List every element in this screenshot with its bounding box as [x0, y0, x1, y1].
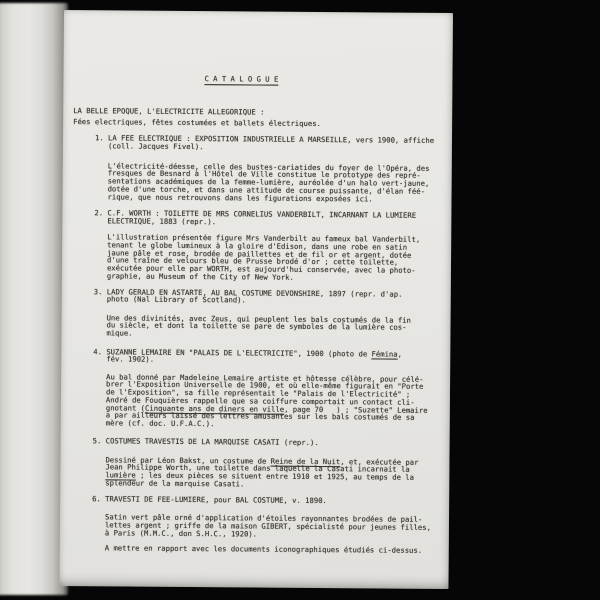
text-line: C A T A L O G U E	[204, 74, 278, 84]
adjacent-page-edge	[0, 3, 68, 595]
text-segment: ,	[398, 349, 402, 358]
text-segment: LA BELLE EPOQUE, L'ELECTRICITE ALLEGORIQ…	[73, 106, 264, 117]
item-3-paragraph: Une des divinités, avec Zeus, qui peuple…	[106, 314, 410, 340]
underlined-text: C A T A L O G U E	[204, 74, 278, 84]
catalogue-title: C A T A L O G U E	[204, 74, 278, 84]
text-segment: fév. 1902).	[93, 355, 154, 364]
text-segment: splendeur de la marquise Casati.	[105, 478, 244, 488]
text-segment: ELECTRIQUE, 1883 (repr.).	[94, 216, 216, 226]
item-1-paragraph: L'électricité-déesse, celle des bustes-c…	[108, 162, 430, 204]
item-2-paragraph: L'illustration présentée figure Mrs Vand…	[107, 233, 420, 282]
text-line: 6. TRAVESTI DE FEE-LUMIERE, pour BAL COS…	[92, 495, 327, 505]
text-segment: photo (Nal Library of Scotland).	[94, 295, 246, 305]
text-segment: 6. TRAVESTI DE FEE-LUMIERE, pour BAL COS…	[92, 494, 327, 505]
item-6-paragraph: Satin vert pâle orné d'application d'éto…	[105, 513, 431, 541]
item-2-heading: 2. C.F. WORTH : TOILETTE DE MRS CORNELIU…	[94, 209, 416, 227]
text-segment: A mettre en rapport avec les documents i…	[105, 543, 422, 554]
item-5-paragraph: Dessiné par Léon Bakst, un costume de Re…	[105, 456, 418, 490]
underlined-text: Fémina	[372, 349, 398, 358]
photograph-of-catalogue-page: C A T A L O G U ELA BELLE EPOQUE, L'ELEC…	[0, 0, 600, 600]
item-5-heading: 5. COSTUMES TRAVESTIS DE LA MARQUISE CAS…	[93, 437, 319, 447]
catalogue-page: C A T A L O G U ELA BELLE EPOQUE, L'ELEC…	[59, 10, 453, 589]
photo-background: { "colors": { "background": "#060606", "…	[0, 0, 600, 600]
text-segment: mère (cf. doc. U.F.A.C.).	[106, 419, 215, 429]
text-segment: Fées electriques, fêtes costumées et bal…	[73, 117, 321, 128]
section-heading: LA BELLE EPOQUE, L'ELECTRICITE ALLEGORIQ…	[73, 106, 321, 130]
text-segment: rique, que nous retrouvons dans les figu…	[108, 192, 373, 203]
item-6-heading: 6. TRAVESTI DE FEE-LUMIERE, pour BAL COS…	[92, 495, 327, 505]
text-line: 5. COSTUMES TRAVESTIS DE LA MARQUISE CAS…	[93, 437, 319, 447]
text-segment: à Paris (M.M.C., don S.H.C., 1920).	[105, 529, 257, 539]
text-segment: graphie, au Museum of the City of New Yo…	[107, 271, 294, 281]
item-4-heading: 4. SUZANNE LEMAIRE EN "PALAIS DE L'ELECT…	[93, 348, 402, 366]
text-segment: mique.	[106, 328, 132, 337]
closing-note: A mettre en rapport avec les documents i…	[105, 544, 422, 554]
item-3-heading: 3. LADY GERALD EN ASTARTE, AU BAL COSTUM…	[94, 288, 403, 306]
text-segment: (coll. Jacques Fivel).	[95, 141, 204, 151]
text-line: Fées electriques, fêtes costumées et bal…	[73, 117, 321, 130]
text-line: A mettre en rapport avec les documents i…	[105, 544, 422, 554]
item-1-heading: 1. LA FEE ELECTRIQUE : EXPOSITION INDUST…	[95, 134, 434, 152]
text-segment: 5. COSTUMES TRAVESTIS DE LA MARQUISE CAS…	[93, 436, 319, 447]
item-4-paragraph: Au bal donné par Madeleine Lemaire artis…	[106, 373, 428, 430]
